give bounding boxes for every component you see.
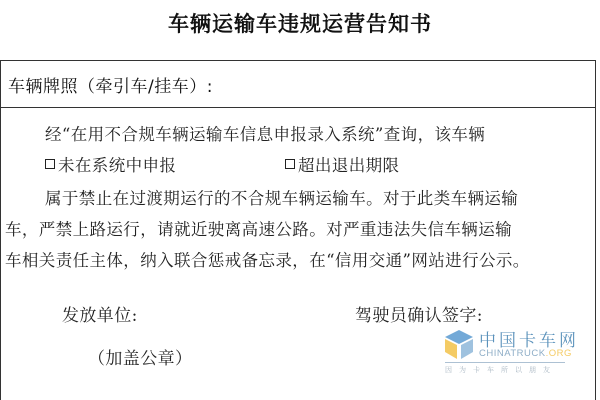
option-label: 未在系统中申报 xyxy=(58,156,176,175)
option-exceeded-deadline[interactable]: 超出退出期限 xyxy=(285,152,399,176)
watermark-slogan: 因为卡车所以朋友 xyxy=(445,365,557,375)
option-label: 超出退出期限 xyxy=(298,156,399,175)
option-not-registered[interactable]: 未在系统中申报 xyxy=(45,152,176,176)
paragraph-line: 车相关责任主体，纳入联合惩戒备忘录，在“信用交通”网站进行公示。 xyxy=(5,247,530,271)
license-plate-row: 车辆牌照（牵引车/挂车）: xyxy=(0,60,596,108)
checkbox-icon[interactable] xyxy=(285,159,295,169)
paragraph-line: 属于禁止在过渡期运行的不合规车辆运输车。对于此类车辆运输 xyxy=(45,185,518,209)
document-title: 车辆运输车违规运营告知书 xyxy=(0,8,600,38)
chinatruck-logo-icon xyxy=(445,330,473,360)
intro-line: 经“在用不合规车辆运输车信息申报录入系统”查询，该车辆 xyxy=(45,121,485,145)
seal-note: （加盖公章） xyxy=(88,344,192,369)
license-plate-label: 车辆牌照（牵引车/挂车）: xyxy=(8,72,213,97)
paragraph-line: 车，严禁上路运行，请就近驶离高速公路。对严重违法失信车辆运输 xyxy=(5,216,512,240)
issuer-label: 发放单位: xyxy=(62,301,138,326)
watermark-name-en: CHINATRUCK.ORG xyxy=(479,348,572,359)
checkbox-icon[interactable] xyxy=(45,159,55,169)
chinatruck-watermark: 中国卡车网 CHINATRUCK.ORG 因为卡车所以朋友 xyxy=(445,328,595,378)
driver-signature-label: 驾驶员确认签字: xyxy=(355,301,483,326)
watermark-divider xyxy=(445,362,565,363)
